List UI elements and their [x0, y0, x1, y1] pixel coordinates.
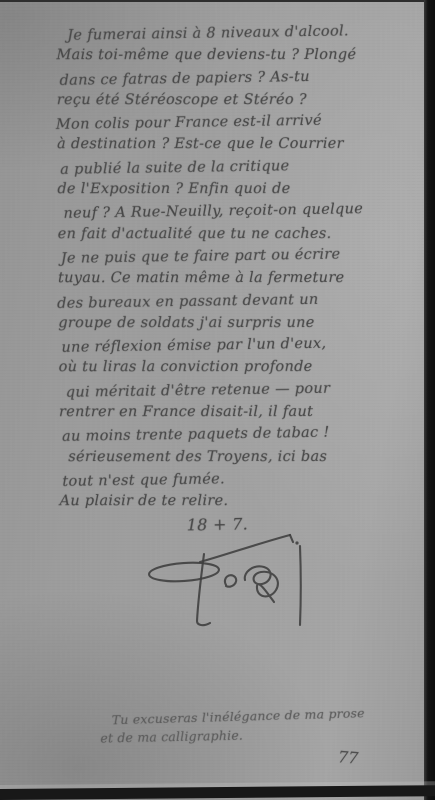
- letter-line: neuf ? A Rue-Neuilly, reçoit-on quelque: [63, 198, 422, 226]
- letter-line: dans ce fatras de papiers ? As-tu: [59, 64, 421, 92]
- letter-line: groupe de soldats j'ai surpris une: [58, 312, 423, 335]
- letter-line: Mais toi-même que deviens-tu ? Plongé: [56, 44, 421, 67]
- page-number: 77: [337, 747, 359, 767]
- letter-line: où tu liras la conviction profonde: [59, 356, 424, 379]
- letter-line: tout n'est que fumée.: [62, 465, 424, 493]
- signature-flourish-icon: [140, 522, 330, 637]
- scan-edge-right: [424, 0, 435, 800]
- letter-closing: Au plaisir de te relire.: [60, 490, 425, 513]
- letter-line: tuyau. Ce matin même à la fermeture: [58, 267, 423, 290]
- letter-line: des bureaux en passant devant un: [57, 287, 423, 315]
- scan-edge-top: [0, 0, 435, 2]
- letter-line: à destination ? Est-ce que le Courrier: [57, 133, 422, 156]
- letter-line: reçu été Stéréoscope et Stéréo ?: [57, 89, 422, 112]
- letter-line: au moins trente paquets de tabac !: [62, 420, 424, 448]
- postscript-note: Tu excuseras l'inélégance de ma prose et…: [112, 702, 423, 749]
- letter-line: a publié la suite de la critique: [60, 153, 422, 181]
- letter-line: en fait d'actualité que tu ne caches.: [58, 223, 423, 246]
- letter-line: Je fumerai ainsi à 8 niveaux d'alcool.: [67, 19, 421, 47]
- letter-line: qui méritait d'être retenue — pour: [66, 376, 424, 404]
- letter-line: sérieusement des Troyens, ici bas: [68, 445, 424, 468]
- letter-body: Je fumerai ainsi à 8 niveaux d'alcool. M…: [55, 21, 425, 536]
- scanned-letter-page: Je fumerai ainsi à 8 niveaux d'alcool. M…: [0, 0, 435, 800]
